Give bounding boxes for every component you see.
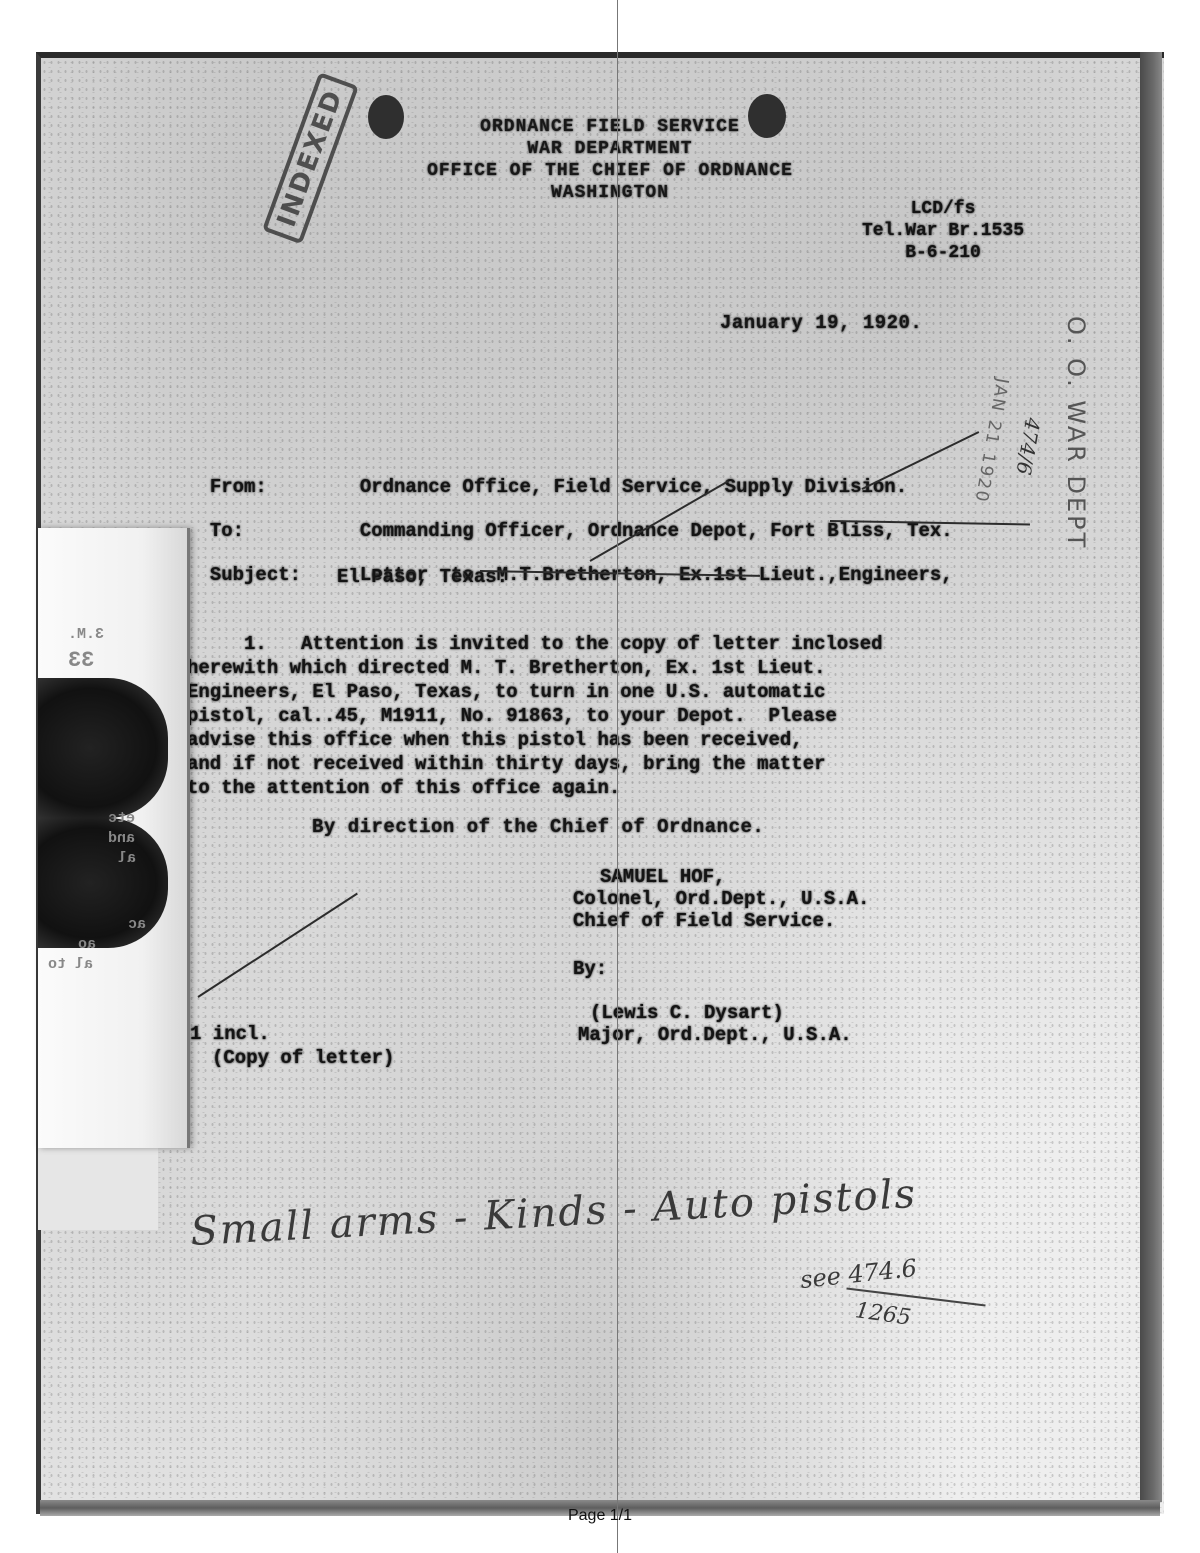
agent-name-text: (Lewis C. Dysart) (590, 1002, 784, 1024)
slip-ink-blot (38, 678, 168, 818)
body-line: 1. Attention is invited to the copy of l… (187, 632, 987, 656)
attached-slip: 3.M. 33 etc and al ac ao al to (38, 528, 190, 1148)
file-references: LCD/fs Tel.War Br.1535 B-6-210 (838, 198, 1048, 264)
slip-text-fragment: 33 (68, 648, 94, 673)
agent-title-text: Major, Ord.Dept., U.S.A. (578, 1024, 852, 1046)
scan-fold-line (617, 0, 618, 1553)
letter-date: January 19, 1920. (720, 312, 922, 334)
page-indicator: Page 1/1 (0, 1507, 1200, 1525)
page-edge-shadow-right (1140, 52, 1162, 1502)
body-line: to the attention of this office again. (187, 776, 987, 800)
letterhead-line: WASHINGTON (380, 182, 840, 204)
slip-text-fragment: etc (108, 810, 135, 827)
slip-text-fragment: 3.M. (68, 626, 104, 643)
signatory-name: SAMUEL HOF, (600, 866, 725, 888)
slip-text-fragment: and (108, 830, 135, 847)
agent-title: Major, Ord.Dept., U.S.A. (578, 1024, 852, 1046)
body-line: Engineers, El Paso, Texas, to turn in on… (187, 680, 987, 704)
body-line: pistol, cal..45, M1911, No. 91863, to yo… (187, 704, 987, 728)
inclosure-description: (Copy of letter) (190, 1046, 394, 1070)
from-field: From:Ordnance Office, Field Service, Sup… (187, 454, 907, 498)
body-line: advise this office when this pistol has … (187, 728, 987, 752)
inclosure-note: 1 incl. (Copy of letter) (190, 1022, 394, 1070)
signatory-name-text: SAMUEL HOF, (600, 866, 725, 888)
from-value: Ordnance Office, Field Service, Supply D… (360, 476, 907, 498)
body-line: herewith which directed M. T. Bretherton… (187, 656, 987, 680)
inclosure-count: 1 incl. (190, 1022, 394, 1046)
body-paragraph: 1. Attention is invited to the copy of l… (187, 632, 987, 800)
file-phone: Tel.War Br.1535 (838, 220, 1048, 242)
slip-text-fragment: al (118, 850, 136, 867)
slip-text-fragment: ao (78, 936, 96, 953)
war-dept-stamp: O. O. WAR DEPT (1062, 316, 1090, 550)
slip-text-fragment: ac (128, 916, 146, 933)
to-label: To: (210, 520, 360, 542)
body-line: and if not received within thirty days, … (187, 752, 987, 776)
from-label: From: (210, 476, 360, 498)
attached-slip-underlay (38, 1140, 158, 1230)
slip-ink-blot (38, 818, 168, 948)
letterhead: ORDNANCE FIELD SERVICE WAR DEPARTMENT OF… (380, 116, 840, 204)
letterhead-line: WAR DEPARTMENT (380, 138, 840, 160)
letterhead-line: ORDNANCE FIELD SERVICE (380, 116, 840, 138)
by-label: By: (573, 958, 607, 980)
agent-name: (Lewis C. Dysart) (590, 1002, 784, 1024)
by-line: By: (573, 958, 607, 980)
file-number: B-6-210 (838, 242, 1048, 264)
subject-field: Subject:Letter to M.T.Bretherton, Ex.1st… (187, 542, 953, 586)
closing-line: By direction of the Chief of Ordnance. (312, 816, 764, 838)
file-initials: LCD/fs (838, 198, 1048, 220)
slip-text-fragment: al to (48, 956, 93, 973)
letterhead-line: OFFICE OF THE CHIEF OF ORDNANCE (380, 160, 840, 182)
